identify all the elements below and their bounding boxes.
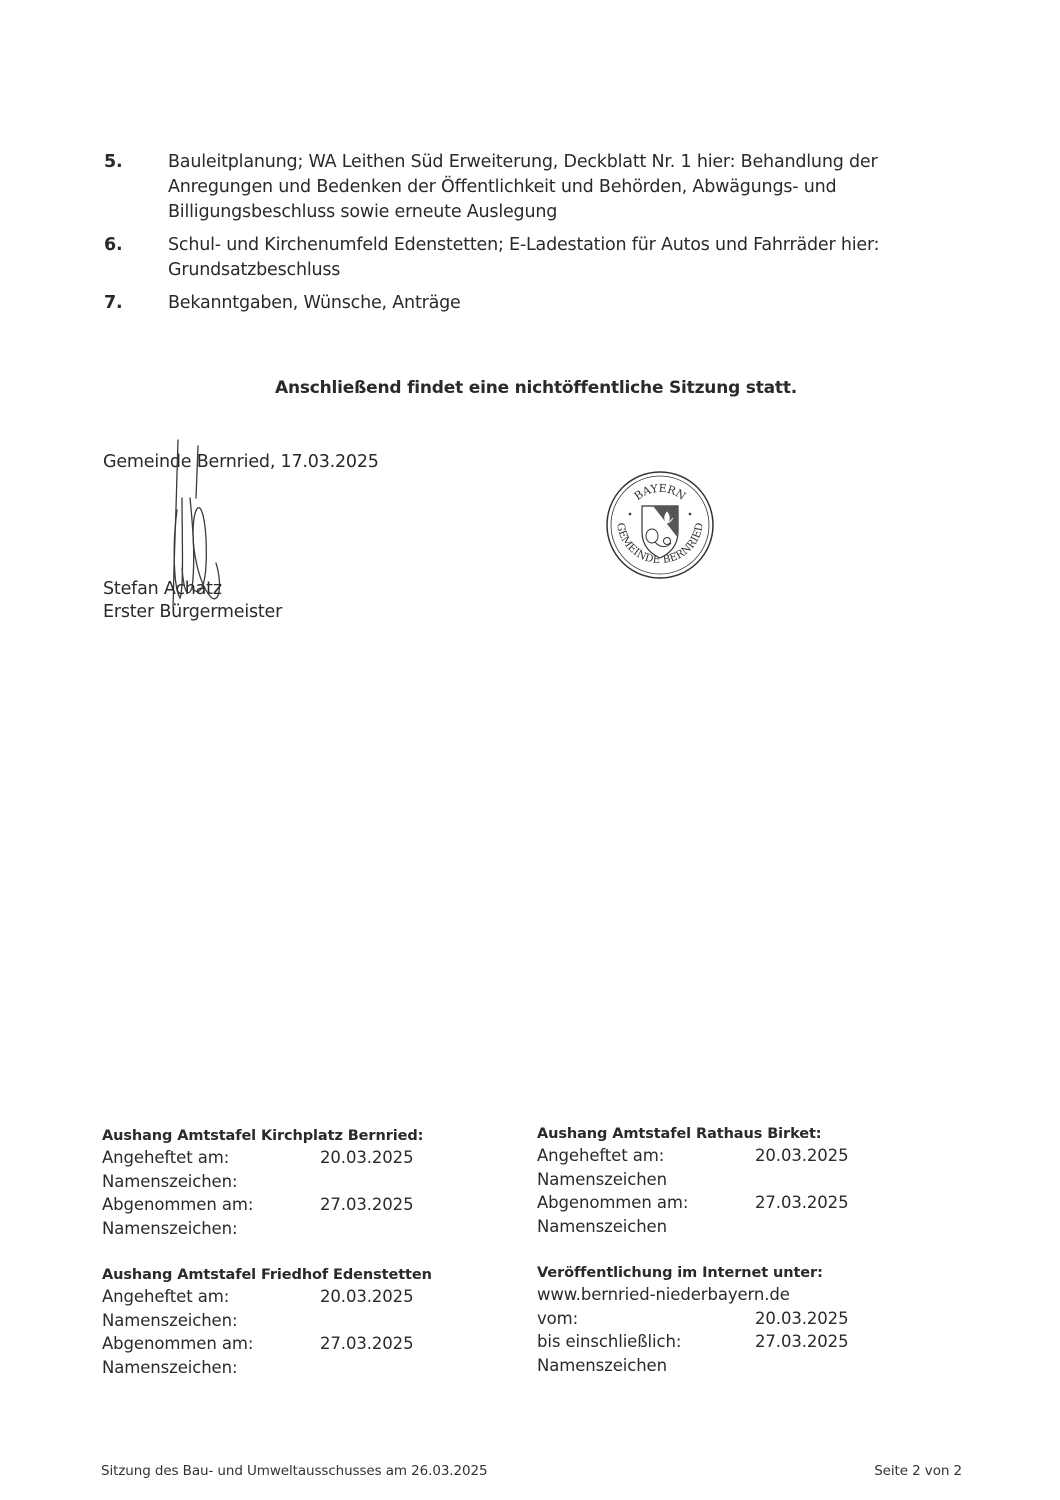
agenda-number: 7. xyxy=(104,291,168,316)
posting-value: 20.03.2025 xyxy=(755,1307,848,1331)
svg-text:BAYERN: BAYERN xyxy=(632,482,689,503)
posting-label: Angeheftet am: xyxy=(102,1285,320,1309)
posting-value: 20.03.2025 xyxy=(320,1146,413,1170)
posting-row: Abgenommen am: 27.03.2025 xyxy=(102,1332,432,1356)
posting-row: Angeheftet am: 20.03.2025 xyxy=(102,1285,432,1309)
agenda-text: Schul- und Kirchenumfeld Edenstetten; E-… xyxy=(168,233,964,283)
signer-block: Stefan Achatz Erster Bürgermeister xyxy=(103,578,282,624)
signer-title: Erster Bürgermeister xyxy=(103,601,282,624)
posting-label: Namenszeichen: xyxy=(102,1356,320,1380)
closed-session-notice: Anschließend findet eine nichtöffentlich… xyxy=(0,378,1060,398)
posting-internet: Veröffentlichung im Internet unter: www.… xyxy=(537,1263,867,1377)
signer-name: Stefan Achatz xyxy=(103,578,282,601)
posting-row: Namenszeichen xyxy=(537,1168,867,1192)
agenda-item: 6. Schul- und Kirchenumfeld Edenstetten;… xyxy=(104,233,964,283)
posting-friedhof-edenstetten: Aushang Amtstafel Friedhof Edenstetten A… xyxy=(102,1265,432,1379)
website-url: www.bernried-niederbayern.de xyxy=(537,1283,790,1307)
posting-label: Namenszeichen: xyxy=(102,1170,320,1194)
posting-label: Namenszeichen xyxy=(537,1168,755,1192)
agenda-item: 7. Bekanntgaben, Wünsche, Anträge xyxy=(104,291,964,316)
posting-value: 20.03.2025 xyxy=(320,1285,413,1309)
posting-row: Abgenommen am: 27.03.2025 xyxy=(102,1193,432,1217)
agenda-text: Bekanntgaben, Wünsche, Anträge xyxy=(168,291,964,316)
posting-row: Angeheftet am: 20.03.2025 xyxy=(102,1146,432,1170)
posting-row: Namenszeichen: xyxy=(102,1356,432,1380)
posting-label: Angeheftet am: xyxy=(102,1146,320,1170)
posting-label: Namenszeichen xyxy=(537,1354,755,1378)
posting-title: Aushang Amtstafel Kirchplatz Bernried: xyxy=(102,1126,432,1146)
posting-row: Angeheftet am: 20.03.2025 xyxy=(537,1144,867,1168)
agenda-number: 6. xyxy=(104,233,168,283)
footer-page-number: Seite 2 von 2 xyxy=(874,1463,962,1479)
posting-label: vom: xyxy=(537,1307,755,1331)
footer-meeting-info: Sitzung des Bau- und Umweltausschusses a… xyxy=(101,1463,487,1479)
posting-row: Namenszeichen: xyxy=(102,1170,432,1194)
posting-row: vom: 20.03.2025 xyxy=(537,1307,867,1331)
posting-label: Abgenommen am: xyxy=(537,1191,755,1215)
posting-label: Namenszeichen xyxy=(537,1215,755,1239)
posting-label: bis einschließlich: xyxy=(537,1330,755,1354)
posting-title: Aushang Amtstafel Friedhof Edenstetten xyxy=(102,1265,432,1285)
posting-label: Angeheftet am: xyxy=(537,1144,755,1168)
posting-value: 27.03.2025 xyxy=(755,1191,848,1215)
posting-row: Namenszeichen: xyxy=(102,1217,432,1241)
posting-value: 20.03.2025 xyxy=(755,1144,848,1168)
posting-url-row: www.bernried-niederbayern.de xyxy=(537,1283,867,1307)
posting-kirchplatz-bernried: Aushang Amtstafel Kirchplatz Bernried: A… xyxy=(102,1126,432,1240)
posting-label: Namenszeichen: xyxy=(102,1309,320,1333)
posting-title: Veröffentlichung im Internet unter: xyxy=(537,1263,867,1283)
posting-value: 27.03.2025 xyxy=(320,1332,413,1356)
posting-row: bis einschließlich: 27.03.2025 xyxy=(537,1330,867,1354)
posting-label: Abgenommen am: xyxy=(102,1332,320,1356)
municipal-seal-icon: BAYERN GEMEINDE BERNRIED xyxy=(605,470,715,580)
posting-title: Aushang Amtstafel Rathaus Birket: xyxy=(537,1124,867,1144)
posting-rathaus-birket: Aushang Amtstafel Rathaus Birket: Angehe… xyxy=(537,1124,867,1238)
posting-label: Namenszeichen: xyxy=(102,1217,320,1241)
posting-row: Namenszeichen xyxy=(537,1354,867,1378)
posting-row: Namenszeichen xyxy=(537,1215,867,1239)
agenda-list: 5. Bauleitplanung; WA Leithen Süd Erweit… xyxy=(104,150,964,324)
agenda-number: 5. xyxy=(104,150,168,225)
posting-row: Abgenommen am: 27.03.2025 xyxy=(537,1191,867,1215)
agenda-text: Bauleitplanung; WA Leithen Süd Erweiteru… xyxy=(168,150,964,225)
posting-label: Abgenommen am: xyxy=(102,1193,320,1217)
agenda-item: 5. Bauleitplanung; WA Leithen Süd Erweit… xyxy=(104,150,964,225)
posting-value: 27.03.2025 xyxy=(755,1330,848,1354)
posting-value: 27.03.2025 xyxy=(320,1193,413,1217)
posting-row: Namenszeichen: xyxy=(102,1309,432,1333)
